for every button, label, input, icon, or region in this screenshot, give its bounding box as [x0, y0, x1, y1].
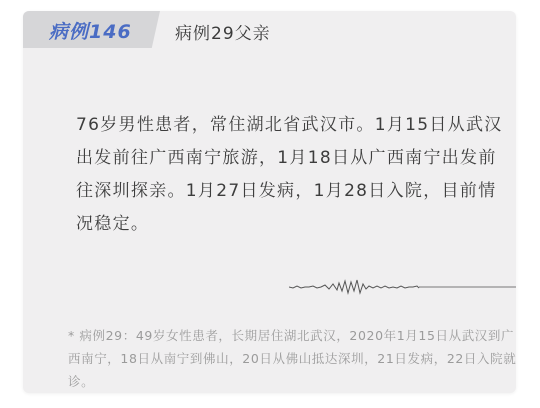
case-number-label: 病例146	[49, 17, 132, 44]
case-card: 病例146 病例29父亲 76岁男性患者，常住湖北省武汉市。1月15日从武汉出发…	[23, 11, 516, 393]
case-header: 病例146 病例29父亲	[23, 11, 516, 48]
case-relation-title: 病例29父亲	[175, 19, 271, 44]
waveform-divider-icon	[289, 275, 516, 299]
case-description: 76岁男性患者，常住湖北省武汉市。1月15日从武汉出发前往广西南宁旅游，1月18…	[76, 109, 506, 241]
footnote-case-29: * 病例29：49岁女性患者，长期居住湖北武汉，2020年1月15日从武汉到广西…	[68, 324, 516, 393]
